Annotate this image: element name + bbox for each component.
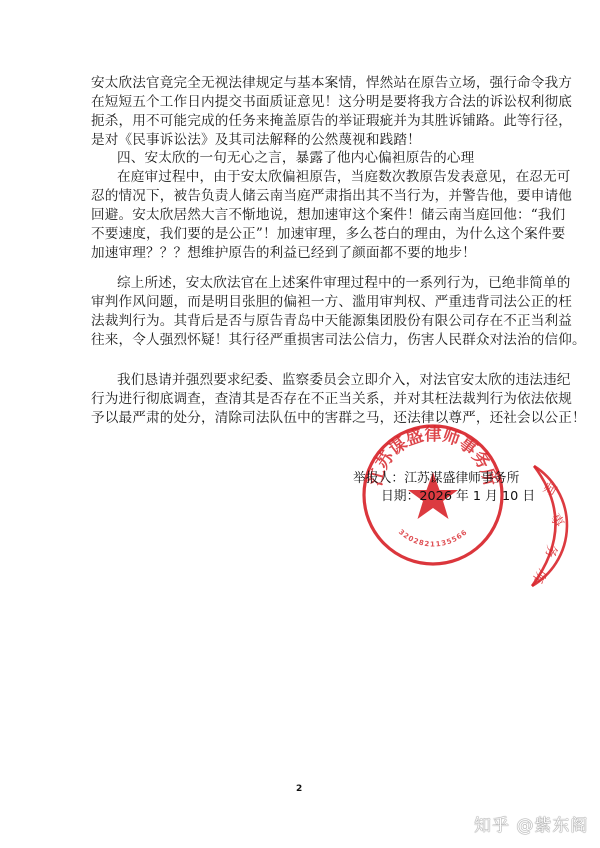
text-line: 加速审理？？？想维护原告的利益已经到了颜面都不要的地步！ [91, 244, 515, 263]
text-line: 忍的情况下，被告负责人储云南当庭严肃指出其不当行为，并警告他，要申请他 [91, 187, 515, 206]
svg-text:务: 务 [542, 543, 559, 558]
reporter-line: 举报人：江苏谋盛律师事务所 [353, 470, 519, 487]
page-number: 2 [296, 784, 302, 794]
date-value: 2026 年 1 月 10 日 [419, 489, 535, 504]
svg-text:66: 66 [534, 578, 540, 584]
svg-text:3202821135566: 3202821135566 [397, 528, 469, 549]
text-line: 往来，令人强烈怀疑！其行径严重损害司法公信力，伤害人民群众对法治的信仰。 [91, 331, 515, 350]
svg-text:师: 师 [540, 480, 559, 500]
text-line: 在庭审过程中，由于安太欣偏袒原告，当庭数次教原告发表意见，在忍无可 [117, 168, 515, 187]
text-line: 不要速度，我们要的是公正”！加速审理，多么苍白的理由，为什么这个案件要 [91, 225, 515, 244]
text-line: 我们恳请并强烈要求纪委、监察委员会立即介入，对法官安太欣的违法违纪 [117, 371, 515, 390]
text-line: 行为进行彻底调查，查清其是否存在不正当关系，并对其枉法裁判行为依法依规 [91, 390, 515, 409]
text-line: 扼杀，用不可能完成的任务来掩盖原告的举证瑕疵并为其胜诉铺路。此等行径， [91, 112, 515, 131]
date-label: 日期： [381, 489, 419, 504]
reporter-label: 举报人： [353, 471, 404, 486]
zhihu-watermark: 知乎 @紫东阁 [474, 811, 588, 836]
text-line: 审判作风问题，而是明目张胆的偏袒一方、滥用审判权、严重违背司法公正的枉 [91, 293, 515, 312]
document-page: 安太欣法官竟完全无视法律规定与基本案情，悍然站在原告立场，强行命令我方 在短短五… [0, 0, 600, 848]
text-line: 法裁判行为。其背后是否与原告青岛中天能源集团股份有限公司存在不正当利益 [91, 312, 515, 331]
date-line: 日期：2026 年 1 月 10 日 [381, 488, 535, 505]
text-line: 回避。安太欣居然大言不惭地说，想加速审这个案件！储云南当庭回他：“我们 [91, 206, 515, 225]
text-line: 安太欣法官竟完全无视法律规定与基本案情，悍然站在原告立场，强行命令我方 [91, 74, 515, 93]
text-line: 综上所述，安太欣法官在上述案件审理过程中的一系列行为，已绝非简单的 [117, 274, 515, 293]
svg-text:事: 事 [547, 511, 567, 530]
text-line: 是对《民事诉讼法》及其司法解释的公然蔑视和践踏！ [91, 131, 515, 150]
partial-seal-stamp: 师 事 务 所 66 [528, 462, 578, 592]
section-heading: 四、安太欣的一句无心之言，暴露了他内心偏袒原告的心理 [117, 149, 515, 168]
reporter-name: 江苏谋盛律师事务所 [404, 471, 519, 486]
text-line: 在短短五个工作日内提交书面质证意见！这分明是要将我方合法的诉讼权利彻底 [91, 93, 515, 112]
